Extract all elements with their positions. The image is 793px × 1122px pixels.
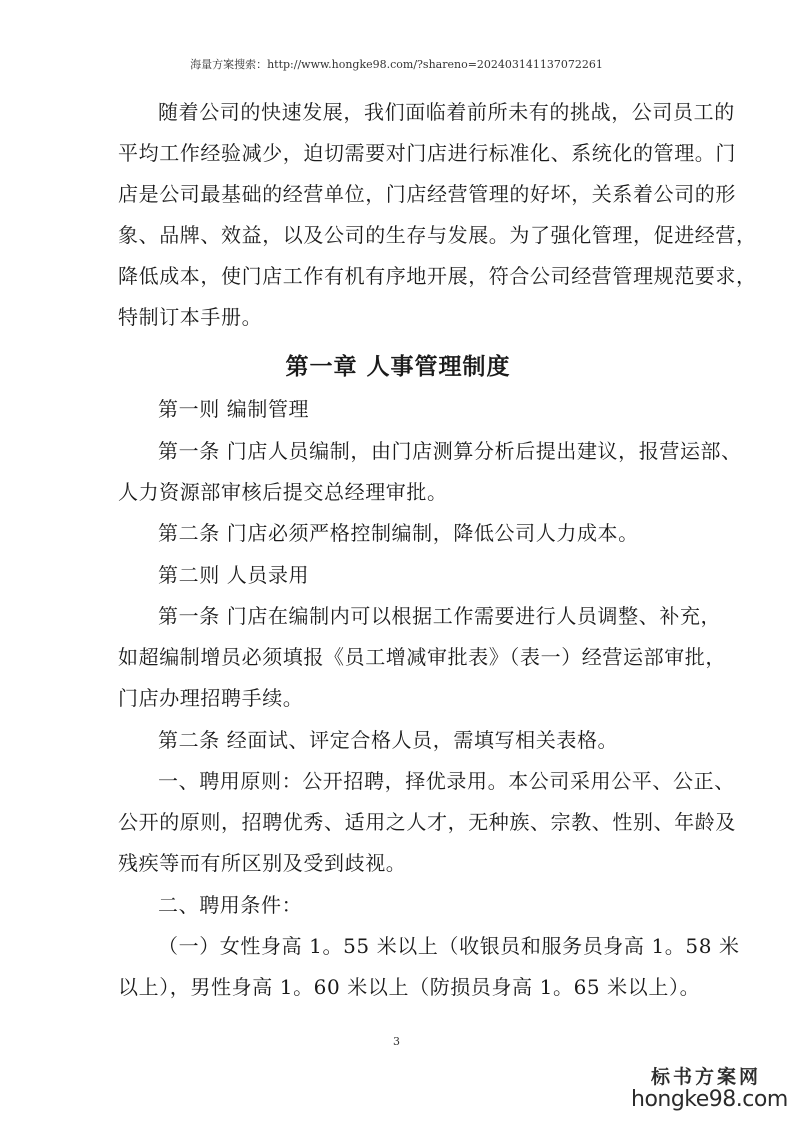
page-header-url: 海量方案搜索：http://www.hongke98.com/?shareno=… [0,56,793,72]
article-line: 第一条 门店在编制内可以根据工作需要进行人员调整、补充， [158,603,678,629]
intro-line: 象、品牌、效益，以及公司的生存与发展。为了强化管理，促进经营， [118,222,678,248]
intro-line: 随着公司的快速发展，我们面临着前所未有的挑战，公司员工的 [158,99,678,125]
article-line: 人力资源部审核后提交总经理审批。 [118,479,448,505]
watermark-chinese-text: 标书方案网 [631,1066,781,1088]
clause-heading: 二、聘用条件： [158,892,302,918]
section-heading: 第一则 编制管理 [158,396,309,422]
intro-line: 降低成本，使门店工作有机有序地开展，符合公司经营管理规范要求， [118,263,678,289]
article-line: 第一条 门店人员编制，由门店测算分析后提出建议，报营运部、 [158,438,678,464]
intro-line: 特制订本手册。 [118,304,262,330]
watermark-logo: 标书方案网 hongke98.com [631,1066,781,1112]
article-line: 第二条 经面试、评定合格人员，需填写相关表格。 [158,727,618,753]
clause-line: 一、聘用原则：公开招聘，择优录用。本公司采用公平、公正、 [158,768,678,794]
clause-line: 残疾等而有所区别及受到歧视。 [118,850,406,876]
intro-line: 店是公司最基础的经营单位，门店经营管理的好坏，关系着公司的形 [118,181,678,207]
clause-line: （一）女性身高 1。55 米以上（收银员和服务员身高 1。58 米 [158,933,678,959]
article-line: 门店办理招聘手续。 [118,685,303,711]
clause-line: 公开的原则，招聘优秀、适用之人才，无种族、宗教、性别、年龄及 [118,809,678,835]
section-heading: 第二则 人员录用 [158,562,309,588]
watermark-domain-text: hongke98.com [631,1088,781,1112]
article-line: 第二条 门店必须严格控制编制，降低公司人力成本。 [158,520,639,546]
page-number: 3 [0,1035,793,1048]
intro-line: 平均工作经验减少，迫切需要对门店进行标准化、系统化的管理。门 [118,140,678,166]
clause-line: 以上），男性身高 1。60 米以上（防损员身高 1。65 米以上）。 [118,974,700,1000]
article-line: 如超编制增员必须填报《员工增减审批表》（表一）经营运部审批， [118,644,678,670]
chapter-title: 第一章 人事管理制度 [118,352,678,382]
